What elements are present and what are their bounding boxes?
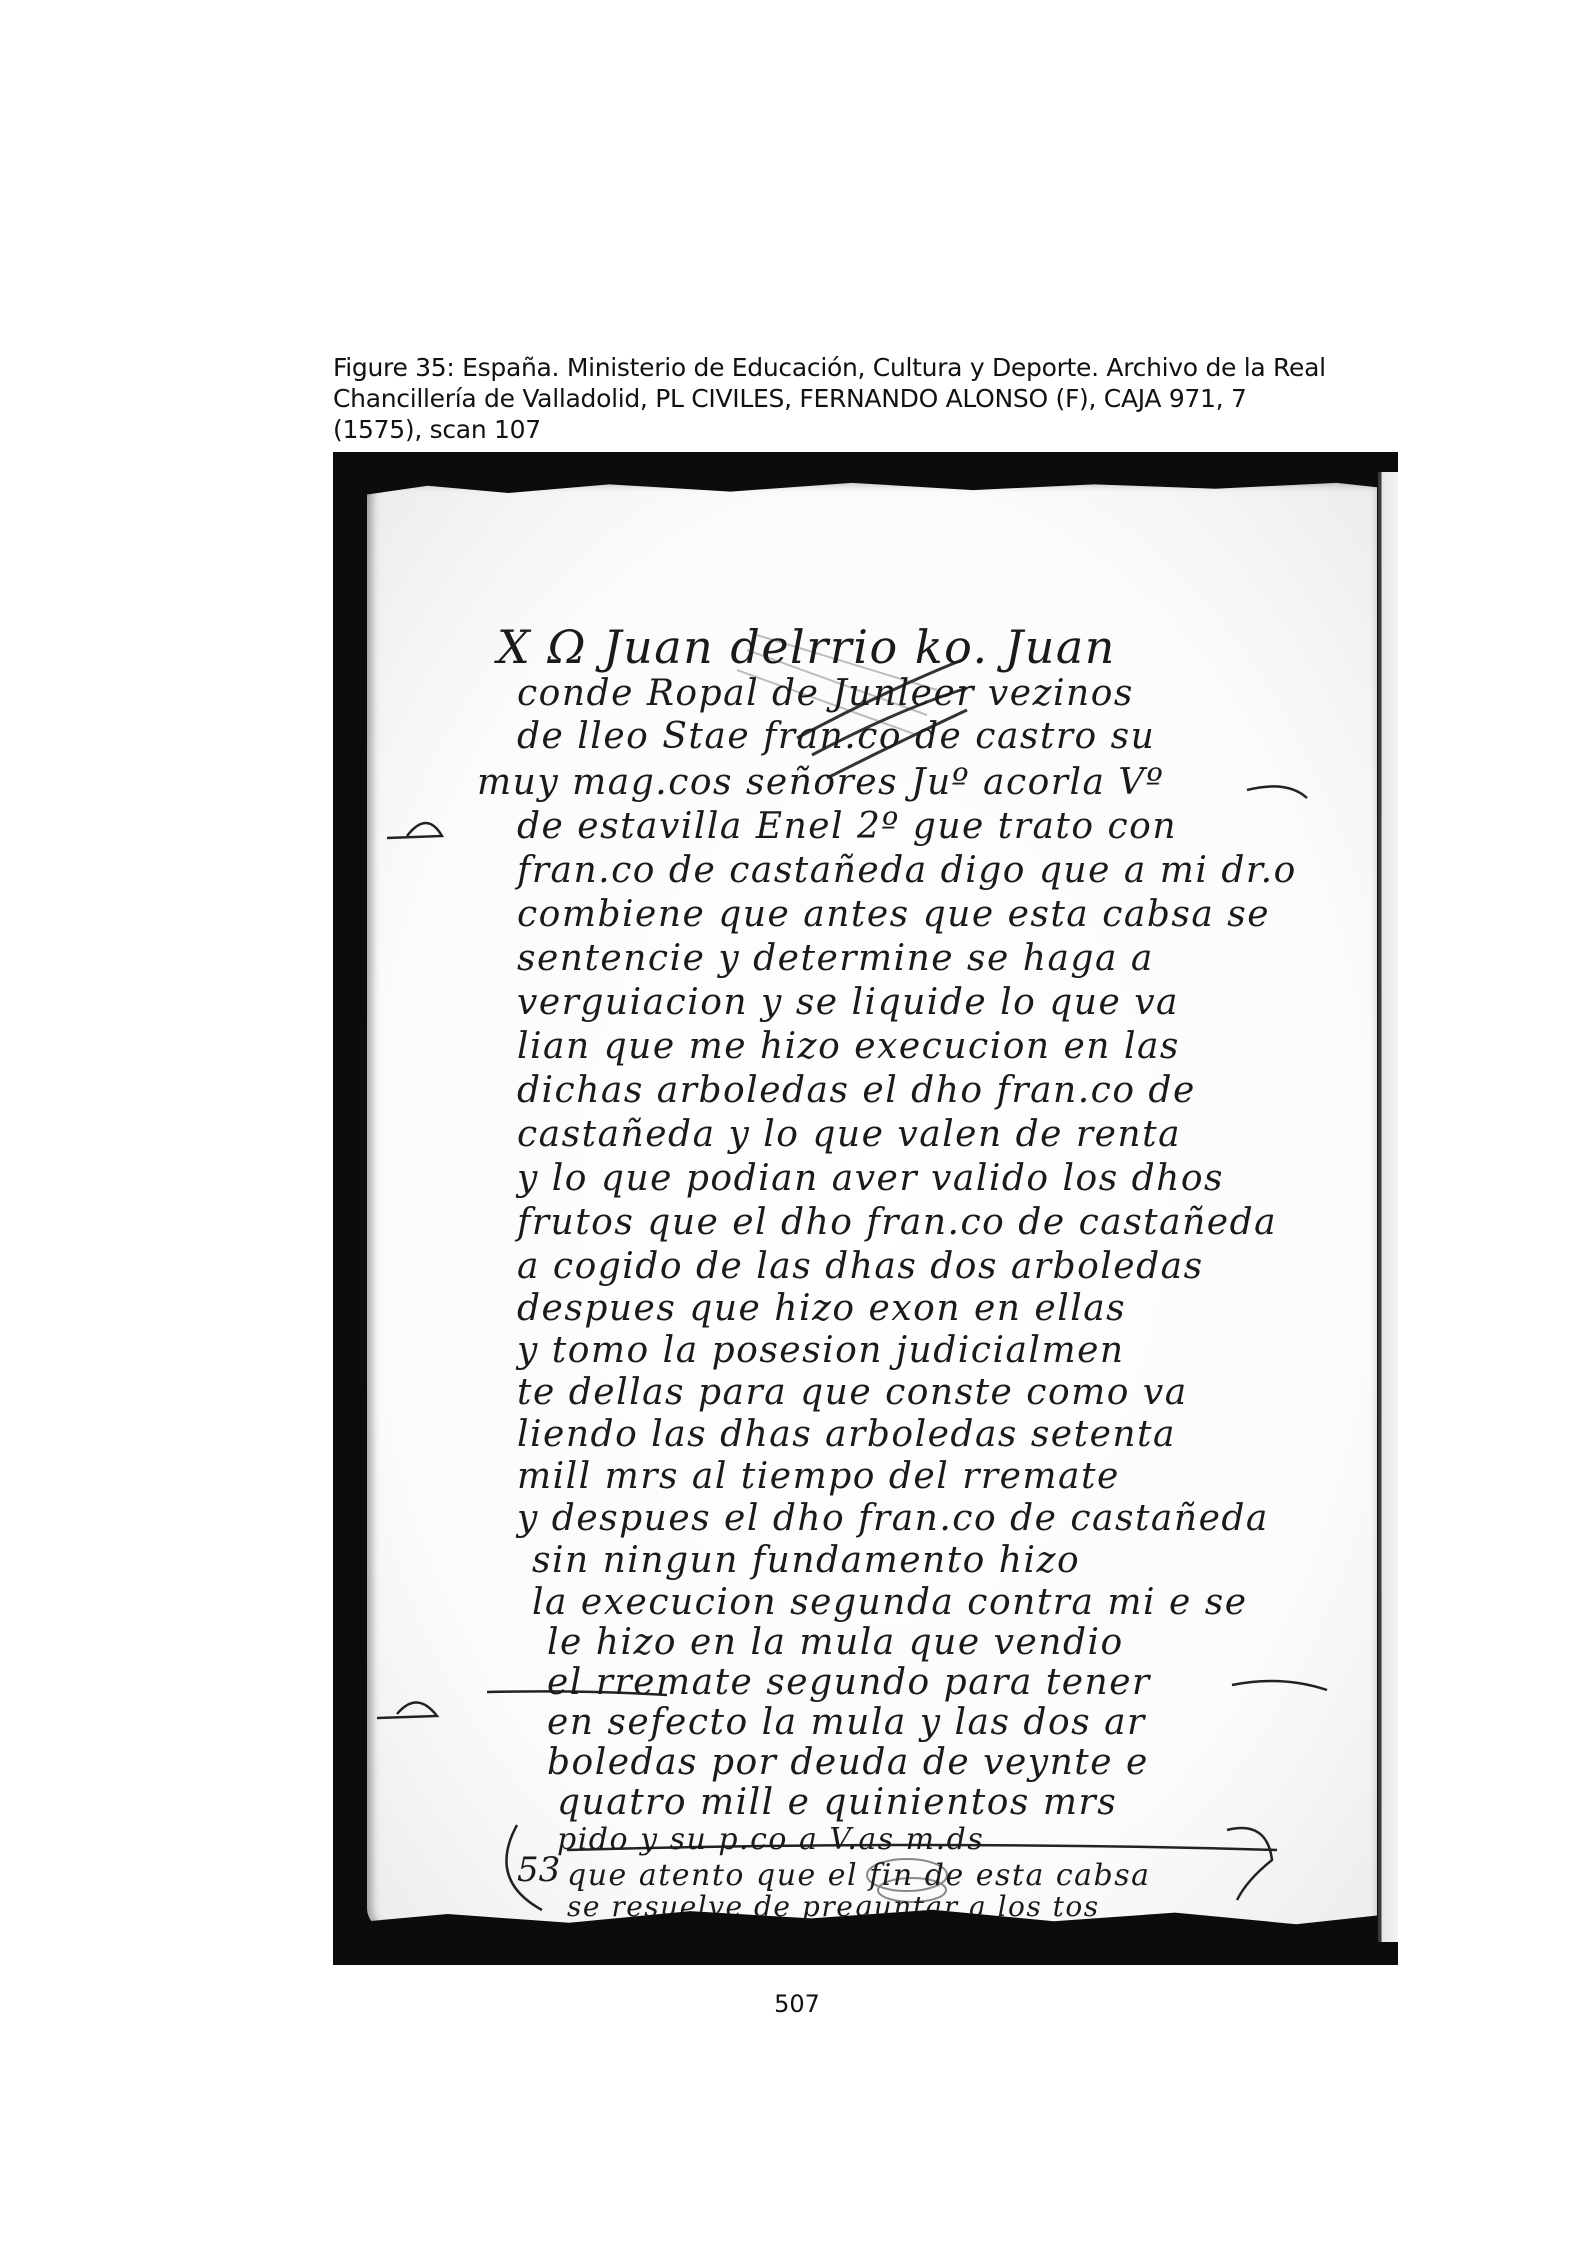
manuscript-line: X Ω Juan delrrio ko. Juan [497,620,1116,674]
manuscript-scan: X Ω Juan delrrio ko. Juan conde Ropal de… [333,452,1398,1965]
manuscript-line: se resuelve de preguntar a los tos [567,1890,1100,1923]
manuscript-line: de lleo Stae fran.co de castro su [517,716,1155,757]
folio-number: 53 [517,1850,560,1890]
manuscript-line: liendo las dhas arboledas setenta [517,1414,1176,1455]
manuscript-line: mill mrs al tiempo del rremate [517,1456,1120,1497]
figure-caption: Figure 35: España. Ministerio de Educaci… [333,352,1403,445]
manuscript-line: muy mag.cos señores Juº acorla Vº [477,762,1164,803]
adjacent-page-edge [1378,472,1398,1942]
manuscript-line: verguiacion y se liquide lo que va [517,982,1179,1023]
manuscript-line: boledas por deuda de veynte e [547,1742,1149,1783]
caption-line-2: Chancillería de Valladolid, PL CIVILES, … [333,383,1403,414]
manuscript-line: y tomo la posesion judicialmen [517,1330,1125,1371]
manuscript-line: en sefecto la mula y las dos ar [547,1702,1146,1743]
manuscript-line: a cogido de las dhas dos arboledas [517,1246,1204,1287]
page-number: 507 [0,1990,1594,2018]
handwritten-text: X Ω Juan delrrio ko. Juan conde Ropal de… [367,480,1377,1930]
manuscript-line: combiene que antes que esta cabsa se [517,894,1270,935]
caption-line-3: (1575), scan 107 [333,414,1403,445]
manuscript-line: que atento que el fin de esta cabsa [567,1858,1151,1893]
manuscript-line: lian que me hizo execucion en las [517,1026,1180,1067]
manuscript-line: le hizo en la mula que vendio [547,1622,1124,1663]
manuscript-line: fran.co de castañeda digo que a mi dr.o [517,850,1297,891]
manuscript-line: de estavilla Enel 2º gue trato con [517,806,1177,847]
manuscript-line: quatro mill e quinientos mrs [557,1782,1117,1823]
manuscript-line: el rremate segundo para tener [547,1662,1151,1703]
manuscript-line: sentencie y determine se haga a [517,938,1154,979]
manuscript-line: la execucion segunda contra mi e se [532,1582,1248,1623]
manuscript-line: frutos que el dho fran.co de castañeda [517,1202,1277,1243]
manuscript-line: te dellas para que conste como va [517,1372,1188,1413]
manuscript-line: despues que hizo exon en ellas [517,1288,1126,1329]
manuscript-line: sin ningun fundamento hizo [532,1540,1080,1581]
manuscript-line: castañeda y lo que valen de renta [517,1114,1181,1155]
manuscript-line: y lo que podian aver valido los dhos [517,1158,1224,1199]
manuscript-line: y despues el dho fran.co de castañeda [517,1498,1269,1539]
caption-line-1: Figure 35: España. Ministerio de Educaci… [333,352,1403,383]
manuscript-page: X Ω Juan delrrio ko. Juan conde Ropal de… [367,480,1377,1930]
manuscript-line: pido y su p.co a V.as m.ds [557,1822,984,1857]
manuscript-line: conde Ropal de Junleer vezinos [517,673,1134,714]
manuscript-line: dichas arboledas el dho fran.co de [517,1070,1196,1111]
